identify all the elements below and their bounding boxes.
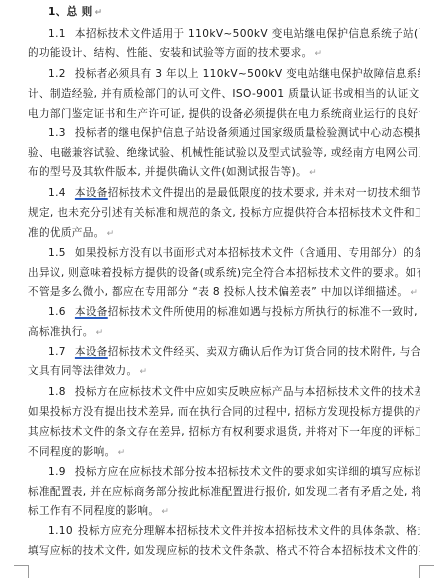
text-line: 填写应标的技术文件, 如发现应标的技术文件条款、格式不符合本招标技术文件的要求, <box>28 545 420 557</box>
paragraph-1-2: 1.2投标者必须具有 3 年以上 110kV~500kV 变电站继电保护故障信息… <box>48 65 420 83</box>
paragraph-1-8-line: 不同程度的影响。↵ <box>28 443 420 461</box>
paragraph-1-9-line: 标工作有不同程度的影响。↵ <box>28 502 420 520</box>
paragraph-mark-icon: ↵ <box>410 288 418 298</box>
text-line: 验、电磁兼容试验、绝缘试验、机械性能试验以及型式试验等, 或经南方电网公司正式发 <box>28 147 420 159</box>
text-line: 不管是多么微小, 都应在专用部分 “表 8 投标人技术偏差表” 中加以详细描述。 <box>28 286 408 298</box>
clause-number: 1.10 <box>48 525 73 537</box>
text-line: 规定, 也未充分引述有关标准和规范的条文, 投标方应提供符合本招标技术文件和工业… <box>28 207 420 219</box>
paragraph-1-2-line: 计、制造经验, 并有质检部门的认可文件、ISO-9001 质量认证书或相当的认证… <box>28 85 420 103</box>
clause-number: 1.3 <box>48 127 66 139</box>
paragraph-mark-icon: ↵ <box>139 367 147 377</box>
paragraph-mark-icon: ↵ <box>107 229 115 239</box>
paragraph-mark-icon: ↵ <box>315 49 323 59</box>
text-line: 投标者的继电保护信息子站设备须通过国家级质量检验测试中心动态模拟试 <box>75 127 420 139</box>
text-line: 不同程度的影响。 <box>28 446 116 458</box>
paragraph-mark-icon: ↵ <box>96 328 104 338</box>
paragraph-1-3-line: 验、电磁兼容试验、绝缘试验、机械性能试验以及型式试验等, 或经南方电网公司正式发 <box>28 144 420 162</box>
text-line: 如果投标方没有以书面形式对本招标技术文件（含通用、专用部分）的条文提 <box>75 247 420 259</box>
text-line: 标准配置表, 并在应标商务部分按此标准配置进行报价, 如发现二者有矛盾之处, 将… <box>28 486 420 498</box>
text-line: 的功能设计、结构、性能、安装和试验等方面的技术要求。 <box>28 47 313 59</box>
clause-number: 1.7 <box>48 346 66 358</box>
paragraph-1-6: 1.6本设备招标技术文件所使用的标准如遇与投标方所执行的标准不一致时, 按较 <box>48 303 420 321</box>
paragraph-1-5-line: 不管是多么微小, 都应在专用部分 “表 8 投标人技术偏差表” 中加以详细描述。… <box>28 283 420 301</box>
clause-number: 1.4 <box>48 187 66 199</box>
paragraph-1-5: 1.5如果投标方没有以书面形式对本招标技术文件（含通用、专用部分）的条文提 <box>48 244 420 262</box>
grammar-flagged-text[interactable]: 本设备 <box>75 346 108 358</box>
text-line: 投标方应在应标技术部分按本招标技术文件的要求如实详细的填写应标设备的 <box>75 466 420 478</box>
paragraph-mark-icon: ↵ <box>309 168 317 178</box>
paragraph-1-3-line: 布的型号及其软件版本, 并提供确认文件(如测试报告等)。↵ <box>28 163 420 181</box>
paragraph-1-3: 1.3投标者的继电保护信息子站设备须通过国家级质量检验测试中心动态模拟试 <box>48 124 420 142</box>
paragraph-mark-icon: ↵ <box>118 448 126 458</box>
heading-text: 1、总 则 <box>48 6 93 18</box>
clause-number: 1.6 <box>48 306 66 318</box>
paragraph-1-4-line: 准的优质产品。↵ <box>28 224 420 242</box>
paragraph-1-8: 1.8投标方在应标技术文件中应如实反映应标产品与本招标技术文件的技术差异。 <box>48 383 420 401</box>
text-line: 投标方在应标技术文件中应如实反映应标产品与本招标技术文件的技术差异。 <box>75 386 420 398</box>
text-line: 准的优质产品。 <box>28 227 105 239</box>
clause-number: 1.9 <box>48 466 66 478</box>
page-corner-mark-bottom-right <box>419 565 434 578</box>
document-page: 1、总 则↵ 1.1本招标技术文件适用于 110kV~500kV 变电站继电保护… <box>0 0 447 578</box>
paragraph-1-4: 1.4本设备招标技术文件提出的是最低限度的技术要求, 并未对一切技术细节作出 <box>48 184 420 202</box>
paragraph-1-10: 1.10投标方应充分理解本招标技术文件并按本招标技术文件的具体条款、格式要求 <box>48 522 420 540</box>
text-line: 招标技术文件所使用的标准如遇与投标方所执行的标准不一致时, 按较 <box>108 306 420 318</box>
section-heading: 1、总 则↵ <box>48 3 440 21</box>
text-line: 布的型号及其软件版本, 并提供确认文件(如测试报告等)。 <box>28 166 307 178</box>
clause-number: 1.1 <box>48 28 66 40</box>
text-line: 如果投标方没有提出技术差异, 而在执行合同的过程中, 招标方发现投标方提供的产品… <box>28 406 420 418</box>
text-line: 招标技术文件经买、卖双方确认后作为订货合同的技术附件, 与合同正 <box>108 346 420 358</box>
paragraph-1-8-line: 其应标技术文件的条文存在差异, 招标方有权利要求退货, 并将对下一年度的评标工作… <box>28 423 420 441</box>
paragraph-1-1-line: 的功能设计、结构、性能、安装和试验等方面的技术要求。↵ <box>28 44 420 62</box>
paragraph-1-8-line: 如果投标方没有提出技术差异, 而在执行合同的过程中, 招标方发现投标方提供的产品… <box>28 403 420 421</box>
paragraph-1-9: 1.9投标方应在应标技术部分按本招标技术文件的要求如实详细的填写应标设备的 <box>48 463 420 481</box>
page-corner-mark-bottom-left <box>14 565 29 578</box>
text-line: 投标者必须具有 3 年以上 110kV~500kV 变电站继电保护故障信息系统子… <box>75 68 420 80</box>
paragraph-1-10-line: 填写应标的技术文件, 如发现应标的技术文件条款、格式不符合本招标技术文件的要求, <box>28 542 420 560</box>
text-line: 计、制造经验, 并有质检部门的认可文件、ISO-9001 质量认证书或相当的认证… <box>28 88 420 100</box>
clause-number: 1.5 <box>48 247 66 259</box>
paragraph-1-1: 1.1本招标技术文件适用于 110kV~500kV 变电站继电保护信息系统子站(… <box>48 25 420 43</box>
text-line: 电力部门鉴定证书和生产许可证, 提供的设备必须提供在电力系统商业运行的良好记录。 <box>28 108 420 120</box>
text-line: 投标方应充分理解本招标技术文件并按本招标技术文件的具体条款、格式要求 <box>78 525 420 537</box>
text-line: 出异议, 则意味着投标方提供的设备(或系统)完全符合本招标技术文件的要求。如有异… <box>28 267 420 279</box>
paragraph-1-4-line: 规定, 也未充分引述有关标准和规范的条文, 投标方应提供符合本招标技术文件和工业… <box>28 204 420 222</box>
text-line: 其应标技术文件的条文存在差异, 招标方有权利要求退货, 并将对下一年度的评标工作… <box>28 426 420 438</box>
clause-number: 1.2 <box>48 68 66 80</box>
text-line: 文具有同等法律效力。 <box>28 365 137 377</box>
paragraph-1-2-line: 电力部门鉴定证书和生产许可证, 提供的设备必须提供在电力系统商业运行的良好记录。… <box>28 105 420 123</box>
paragraph-1-7-line: 文具有同等法律效力。↵ <box>28 362 420 380</box>
paragraph-1-9-line: 标准配置表, 并在应标商务部分按此标准配置进行报价, 如发现二者有矛盾之处, 将… <box>28 483 420 501</box>
paragraph-mark-icon: ↵ <box>161 507 169 517</box>
text-line: 标工作有不同程度的影响。 <box>28 505 159 517</box>
paragraph-mark-icon: ↵ <box>95 8 103 18</box>
grammar-flagged-text[interactable]: 本设备 <box>75 187 108 199</box>
text-line: 招标技术文件提出的是最低限度的技术要求, 并未对一切技术细节 <box>108 187 420 199</box>
paragraph-1-7: 1.7本设备招标技术文件经买、卖双方确认后作为订货合同的技术附件, 与合同正 <box>48 343 420 361</box>
grammar-flagged-text[interactable]: 本设备 <box>75 306 108 318</box>
text-line: 高标准执行。 <box>28 326 94 338</box>
clause-number: 1.8 <box>48 386 66 398</box>
paragraph-1-6-line: 高标准执行。↵ <box>28 323 420 341</box>
text-line: 本招标技术文件适用于 110kV~500kV 变电站继电保护信息系统子站(下称“… <box>75 28 420 40</box>
paragraph-1-5-line: 出异议, 则意味着投标方提供的设备(或系统)完全符合本招标技术文件的要求。如有异… <box>28 264 420 282</box>
